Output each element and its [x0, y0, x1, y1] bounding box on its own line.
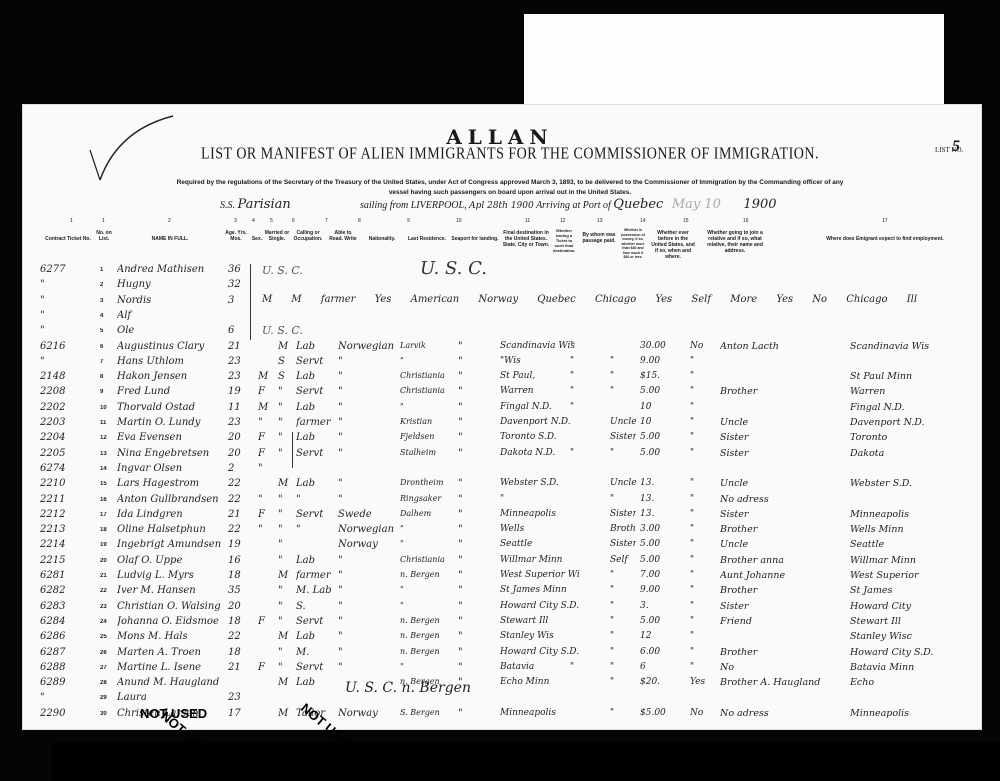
cell-ms: " — [278, 539, 294, 550]
table-row: 221116Anton Gullbrandsen22""""Ringsaker"… — [0, 494, 1000, 510]
cell-age: 23 — [228, 371, 250, 382]
cell-port: " — [458, 494, 472, 505]
cell-occ: Lab — [296, 341, 344, 352]
cell-ticketd: " — [570, 371, 600, 381]
cell-res: Christiania — [400, 386, 452, 395]
cell-num: 2 — [100, 282, 114, 288]
cell-ticket: 6284 — [40, 616, 80, 627]
cell-age: 19 — [228, 539, 250, 550]
column-headers: Contract Ticket No. No. on List. NAME IN… — [0, 228, 1000, 264]
cell-age: 21 — [228, 341, 250, 352]
cell-dest: Seattle — [500, 539, 580, 549]
cell-num: 18 — [100, 527, 114, 533]
table-row: 628928Anund M. HauglandMLabn. Bergen"Ech… — [0, 677, 1000, 693]
cell-work: Howard City S.D. — [850, 647, 980, 658]
colnum: 8 — [358, 218, 361, 224]
cell-sex: F — [258, 432, 276, 443]
cell-rel: Sister — [720, 509, 870, 520]
cell-res: " — [400, 601, 452, 610]
header-last-residence: Last Residence. — [405, 236, 449, 242]
cell-ticket: 2202 — [40, 402, 80, 413]
table-row: 628222Iver M. Hansen35"M. Lab"""St James… — [0, 585, 1000, 601]
arrival-date: May 10 — [672, 197, 721, 212]
cell-paid: Self — [610, 555, 636, 565]
header-name: NAME IN FULL. — [140, 236, 200, 242]
cell-ticketd: " — [570, 341, 600, 351]
cell-age: 18 — [228, 570, 250, 581]
cell-money: 12 — [640, 631, 670, 641]
cell-paid: Sister — [610, 509, 636, 519]
table-row: 221318Oline Halsetphun22"""Norwegian""We… — [0, 524, 1000, 540]
cell-age: 36 — [228, 264, 250, 275]
cell-age: 6 — [228, 325, 250, 336]
cell-occ: Lab — [296, 402, 344, 413]
cell-port: " — [458, 478, 472, 489]
cell-work: St Paul Minn — [850, 371, 980, 382]
cell-num: 3 — [100, 298, 114, 304]
cell-ms: M — [278, 708, 294, 719]
cell-money: 5.00 — [640, 448, 670, 458]
cell-sex: F — [258, 662, 276, 673]
arrival-year: 1900 — [743, 197, 776, 212]
cell-ms: S — [278, 356, 294, 367]
table-row: 627414Ingvar Olsen2" — [0, 463, 1000, 479]
cell-ms: " — [278, 402, 294, 413]
cell-dest: Stanley Wis — [500, 631, 580, 641]
cell-work: Seattle — [850, 539, 980, 550]
cell-ms: M — [278, 677, 294, 688]
colnum: 4 — [252, 218, 255, 224]
cell-ticket: 6288 — [40, 662, 80, 673]
cell-ms: " — [278, 662, 294, 673]
table-row: 220311Martin O. Lundy23""farmer"Kristian… — [0, 417, 1000, 433]
cell-num: 4 — [100, 313, 114, 319]
header-final-destination: Final destination in the United States. … — [500, 230, 552, 248]
cell-ticket: 2148 — [40, 371, 80, 382]
cell-paid: " — [610, 356, 636, 366]
cell-num: 27 — [100, 665, 114, 671]
cell-nat: Norwegian — [338, 524, 400, 535]
cell-money: 6.00 — [640, 647, 670, 657]
table-row: "3Nordis3 — [0, 295, 1000, 311]
table-row: 62166Augustinus Clary21MLabNorwegianLarv… — [0, 341, 1000, 357]
cell-ms: " — [278, 386, 294, 397]
colnum: 1 — [70, 218, 73, 224]
cell-dest: Echo Minn — [500, 677, 580, 687]
cell-port: " — [458, 708, 472, 719]
cell-port: " — [458, 371, 472, 382]
cell-occ: Servt — [296, 616, 344, 627]
cell-num: 25 — [100, 634, 114, 640]
cell-rel: No adress — [720, 708, 870, 719]
cell-money: $15. — [640, 371, 670, 381]
cell-work: Echo — [850, 677, 980, 688]
cell-num: 23 — [100, 604, 114, 610]
cell-rel: Brother — [720, 585, 870, 596]
cell-port: " — [458, 677, 472, 688]
cell-occ: Lab — [296, 555, 344, 566]
cell-res: " — [400, 585, 452, 594]
cell-occ: M. Lab — [296, 585, 344, 596]
header-no-on-list: No. on List. — [96, 230, 112, 242]
cell-age: 22 — [228, 631, 250, 642]
cell-nat: " — [338, 570, 400, 581]
cell-ms: " — [278, 524, 294, 535]
cell-port: " — [458, 356, 472, 367]
cell-sex: " — [258, 494, 276, 505]
cell-occ: Lab — [296, 371, 344, 382]
cell-num: 15 — [100, 481, 114, 487]
cell-num: 28 — [100, 680, 114, 686]
cell-ticket: 2215 — [40, 555, 80, 566]
cell-rel: Friend — [720, 616, 870, 627]
cell-port: " — [458, 662, 472, 673]
cell-port: " — [458, 341, 472, 352]
cell-num: 10 — [100, 405, 114, 411]
cell-nat: " — [338, 494, 400, 505]
cell-age: 3 — [228, 295, 250, 306]
cell-num: 5 — [100, 328, 114, 334]
cell-money: 13. — [640, 478, 670, 488]
colnum: 3 — [234, 218, 237, 224]
cell-money: $5.00 — [640, 708, 670, 718]
cell-paid: " — [610, 631, 636, 641]
scan-border — [52, 742, 1000, 781]
cell-occ: farmer — [296, 417, 344, 428]
cell-nat: " — [338, 417, 400, 428]
cell-res: Stalheim — [400, 448, 452, 457]
cell-rel: Brother A. Haugland — [720, 677, 870, 688]
cell-occ: Servt — [296, 386, 344, 397]
cell-age: 21 — [228, 509, 250, 520]
cell-dest: Howard City S.D. — [500, 601, 580, 611]
cell-nat: " — [338, 386, 400, 397]
arrival-port: Quebec — [613, 197, 663, 212]
cell-ticket: 2210 — [40, 478, 80, 489]
cell-occ: Servt — [296, 448, 344, 459]
cell-sex: F — [258, 616, 276, 627]
cell-res: Christiania — [400, 555, 452, 564]
cell-ms: " — [278, 585, 294, 596]
table-row: 628424Johanna O. Eidsmoe18F"Servt"n. Ber… — [0, 616, 1000, 632]
colnum: 6 — [292, 218, 295, 224]
column-numbers: 1 1 2 3 4 5 6 7 8 9 10 11 12 13 14 15 16… — [0, 218, 1000, 228]
header-occupation: Calling or Occupation. — [292, 230, 324, 242]
cell-occ: Lab — [296, 478, 344, 489]
cell-ms: " — [278, 432, 294, 443]
cell-num: 11 — [100, 420, 114, 426]
cell-money: 3.00 — [640, 524, 670, 534]
cell-occ: M. — [296, 647, 344, 658]
cell-res: " — [400, 402, 452, 411]
cell-money: 5.00 — [640, 616, 670, 626]
cell-ticket: 2203 — [40, 417, 80, 428]
cell-ms: " — [278, 494, 294, 505]
cell-money: 3. — [640, 601, 670, 611]
cell-name: Anund M. Haugland — [117, 677, 267, 688]
cell-ticket: 6286 — [40, 631, 80, 642]
cell-dest: Wells — [500, 524, 580, 534]
cell-age: 23 — [228, 356, 250, 367]
cell-num: 8 — [100, 374, 114, 380]
cell-occ: Servt — [296, 662, 344, 673]
cell-nat: " — [338, 448, 400, 459]
cell-ticket: 6283 — [40, 601, 80, 612]
colnum: 9 — [407, 218, 410, 224]
table-row: 221419Ingebrigt Amundsen19"Norway""Seatt… — [0, 539, 1000, 555]
cell-money: 5.00 — [640, 539, 670, 549]
cell-dest: Webster S.D. — [500, 478, 580, 488]
cell-occ: " — [296, 494, 344, 505]
cell-sex: " — [258, 417, 276, 428]
cell-paid: " — [610, 677, 636, 687]
cell-res: " — [400, 662, 452, 671]
cell-paid: " — [610, 494, 636, 504]
cell-port: " — [458, 386, 472, 397]
cell-age: 23 — [228, 692, 250, 703]
cell-age: 22 — [228, 478, 250, 489]
table-row: 220412Eva Evensen20F"Lab"Fjeldsen"Toront… — [0, 432, 1000, 448]
cell-rel: Uncle — [720, 417, 870, 428]
cell-work: Minneapolis — [850, 708, 980, 719]
cell-dest: Minneapolis — [500, 509, 580, 519]
cell-num: 12 — [100, 435, 114, 441]
cell-nat: Norwegian — [338, 341, 400, 352]
cell-work: Batavia Minn — [850, 662, 980, 673]
cell-work: Stewart Ill — [850, 616, 980, 627]
table-row: 62771Andrea Mathisen36 — [0, 264, 1000, 280]
sailing-port: LIVERPOOL — [411, 200, 464, 211]
colnum: 16 — [743, 218, 749, 224]
cell-before: " — [690, 371, 730, 381]
cell-paid: Uncle — [610, 417, 636, 427]
header-read-write: Able to Read. Write — [328, 230, 358, 242]
table-row: "4Alf — [0, 310, 1000, 326]
manifest-title: LIST OR MANIFEST OF ALIEN IMMIGRANTS FOR… — [170, 145, 850, 164]
cell-port: " — [458, 601, 472, 612]
cell-dest: Fingal N.D. — [500, 402, 580, 412]
cell-rel: Brother — [720, 647, 870, 658]
regulation-text: Required by the regulations of the Secre… — [70, 178, 950, 198]
cell-age: 18 — [228, 616, 250, 627]
cell-rel: Uncle — [720, 539, 870, 550]
cell-port: " — [458, 555, 472, 566]
cell-res: Larvik — [400, 341, 452, 350]
cell-nat: Norway — [338, 539, 400, 550]
sailing-label: sailing from — [360, 200, 408, 211]
ship-name: Parisian — [238, 197, 358, 212]
cell-paid: " — [610, 601, 636, 611]
cell-age: 35 — [228, 585, 250, 596]
header-age: Age. Yrs. Mos. — [222, 230, 250, 242]
cell-nat: " — [338, 555, 400, 566]
cell-res: Drontheim — [400, 478, 452, 487]
cell-work: Minneapolis — [850, 509, 980, 520]
table-row: 628827Martine L. Isene21F"Servt"""Batavi… — [0, 662, 1000, 678]
cell-ticket: " — [40, 295, 80, 306]
cell-num: 29 — [100, 695, 114, 701]
cell-port: " — [458, 631, 472, 642]
cell-paid: Uncle — [610, 478, 636, 488]
colnum: 15 — [683, 218, 689, 224]
cell-nat: Norway — [338, 708, 400, 719]
header-money: Whether in possession of money, if so, w… — [620, 228, 646, 260]
cell-num: 26 — [100, 650, 114, 656]
cell-nat: " — [338, 432, 400, 443]
cell-ms: " — [278, 601, 294, 612]
cell-num: 9 — [100, 389, 114, 395]
cell-ticket: 6287 — [40, 647, 80, 658]
header-passage-paid: By whom was passage paid. — [580, 232, 618, 244]
cell-rel: Sister — [720, 448, 870, 459]
cell-res: n. Bergen — [400, 616, 452, 625]
table-row: "5Ole6 — [0, 325, 1000, 341]
cell-dest: Scandinavia Wis — [500, 341, 580, 351]
cell-num: 6 — [100, 344, 114, 350]
cell-nat: " — [338, 631, 400, 642]
cell-ms: M — [278, 478, 294, 489]
cell-sex: F — [258, 509, 276, 520]
cell-ticket: " — [40, 325, 80, 336]
cell-ticket: 6282 — [40, 585, 80, 596]
cell-age: 19 — [228, 386, 250, 397]
cell-paid: " — [610, 585, 636, 595]
table-row: "2Hugny32 — [0, 279, 1000, 295]
cell-rel: Sister — [720, 432, 870, 443]
cell-age: 11 — [228, 402, 250, 413]
cell-num: 21 — [100, 573, 114, 579]
cell-paid: " — [610, 662, 636, 672]
cell-nat: " — [338, 662, 400, 673]
cell-age: 22 — [228, 494, 250, 505]
cell-nat: " — [338, 616, 400, 627]
cell-ticket: 2208 — [40, 386, 80, 397]
cell-work: Scandinavia Wis — [850, 341, 980, 352]
cell-nat: " — [338, 356, 400, 367]
cell-occ: Servt — [296, 509, 344, 520]
cell-ticketd: " — [570, 402, 600, 412]
cell-dest: Warren — [500, 386, 580, 396]
sailing-date: Apl 28th 1900 — [469, 201, 534, 211]
cell-age: 20 — [228, 448, 250, 459]
cell-dest: Minneapolis — [500, 708, 580, 718]
header-sex: Sex. — [250, 236, 264, 242]
cell-age: 16 — [228, 555, 250, 566]
cell-dest: West Superior Wis — [500, 570, 580, 580]
cell-num: 19 — [100, 542, 114, 548]
cell-dest: St James Minn — [500, 585, 580, 595]
colnum: 5 — [270, 218, 273, 224]
cell-res: Dalhem — [400, 509, 452, 518]
cell-dest: Batavia — [500, 662, 580, 672]
cell-ms: " — [278, 555, 294, 566]
cell-port: " — [458, 402, 472, 413]
cell-port: " — [458, 539, 472, 550]
cell-num: 22 — [100, 588, 114, 594]
cell-age: 2 — [228, 463, 250, 474]
cell-work: St James — [850, 585, 980, 596]
cell-sex: F — [258, 386, 276, 397]
cell-ticket: 2290 — [40, 708, 80, 719]
cell-nat: " — [338, 601, 400, 612]
header-join-relative: Whether going to join a relative and if … — [700, 230, 770, 254]
cell-ms: " — [278, 417, 294, 428]
cell-ticketd: " — [570, 356, 600, 366]
cell-ticket: 2211 — [40, 494, 80, 505]
cell-dest: Willmar Minn — [500, 555, 580, 565]
cell-before: " — [690, 631, 730, 641]
header-nationality: Nationality. — [364, 236, 400, 242]
cell-paid: Brother — [610, 524, 636, 534]
colnum: 13 — [597, 218, 603, 224]
cell-ticket: 6274 — [40, 463, 80, 474]
cell-age: 32 — [228, 279, 250, 290]
colnum: 1 — [102, 218, 105, 224]
cell-res: n. Bergen — [400, 677, 452, 686]
cell-ticketd: " — [570, 386, 600, 396]
cell-res: Fjeldsen — [400, 432, 452, 441]
cell-work: Webster S.D. — [850, 478, 980, 489]
cell-num: 20 — [100, 558, 114, 564]
cell-num: 13 — [100, 451, 114, 457]
cell-occ: Lab — [296, 432, 344, 443]
cell-ticket: 6277 — [40, 264, 80, 275]
cell-name: Alf — [117, 310, 267, 321]
cell-money: 5.00 — [640, 555, 670, 565]
cell-ticket: 2213 — [40, 524, 80, 535]
cell-work: Fingal N.D. — [850, 402, 980, 413]
cell-money: $20. — [640, 677, 670, 687]
cell-paid: " — [610, 570, 636, 580]
cell-dest: " — [500, 494, 580, 504]
cell-num: 30 — [100, 711, 114, 717]
table-row: 221217Ida Lindgren21F"ServtSwedeDalhem"M… — [0, 509, 1000, 525]
cell-paid: " — [610, 386, 636, 396]
list-no-value: 5 — [952, 138, 960, 156]
cell-res: " — [400, 539, 452, 548]
cell-ticket: " — [40, 356, 80, 367]
cell-res: n. Bergen — [400, 647, 452, 656]
cell-port: " — [458, 616, 472, 627]
cell-port: " — [458, 585, 472, 596]
cell-num: 7 — [100, 359, 114, 365]
cell-num: 17 — [100, 512, 114, 518]
cell-ms: " — [278, 616, 294, 627]
cell-rel: Brother anna — [720, 555, 870, 566]
cell-ms: " — [278, 647, 294, 658]
header-before-in-us: Whether ever before in the United States… — [650, 230, 696, 260]
cell-age: 20 — [228, 601, 250, 612]
cell-paid: Sister — [610, 539, 636, 549]
table-row: "7Hans Uthlom23SServt""""Wis""9.00" — [0, 356, 1000, 372]
cell-port: " — [458, 570, 472, 581]
cell-sex: " — [258, 463, 276, 474]
table-row: 221520Olaf O. Uppe16"Lab"Christiania"Wil… — [0, 555, 1000, 571]
table-row: 220513Nina Engebretsen20F"Servt"Stalheim… — [0, 448, 1000, 464]
cell-ticket: 2205 — [40, 448, 80, 459]
cell-money: 9.00 — [640, 356, 670, 366]
cell-ticket: 2214 — [40, 539, 80, 550]
cell-occ: Lab — [296, 631, 344, 642]
cell-num: 16 — [100, 497, 114, 503]
cell-ms: S — [278, 371, 294, 382]
ship-line: S.S. Parisian sailing from LIVERPOOL, Ap… — [220, 197, 777, 212]
cell-rel: Uncle — [720, 478, 870, 489]
cell-res: " — [400, 356, 452, 365]
table-row: 22089Fred Lund19F"Servt"Christiania"Warr… — [0, 386, 1000, 402]
cell-nat: " — [338, 478, 400, 489]
cell-res: " — [400, 524, 452, 533]
